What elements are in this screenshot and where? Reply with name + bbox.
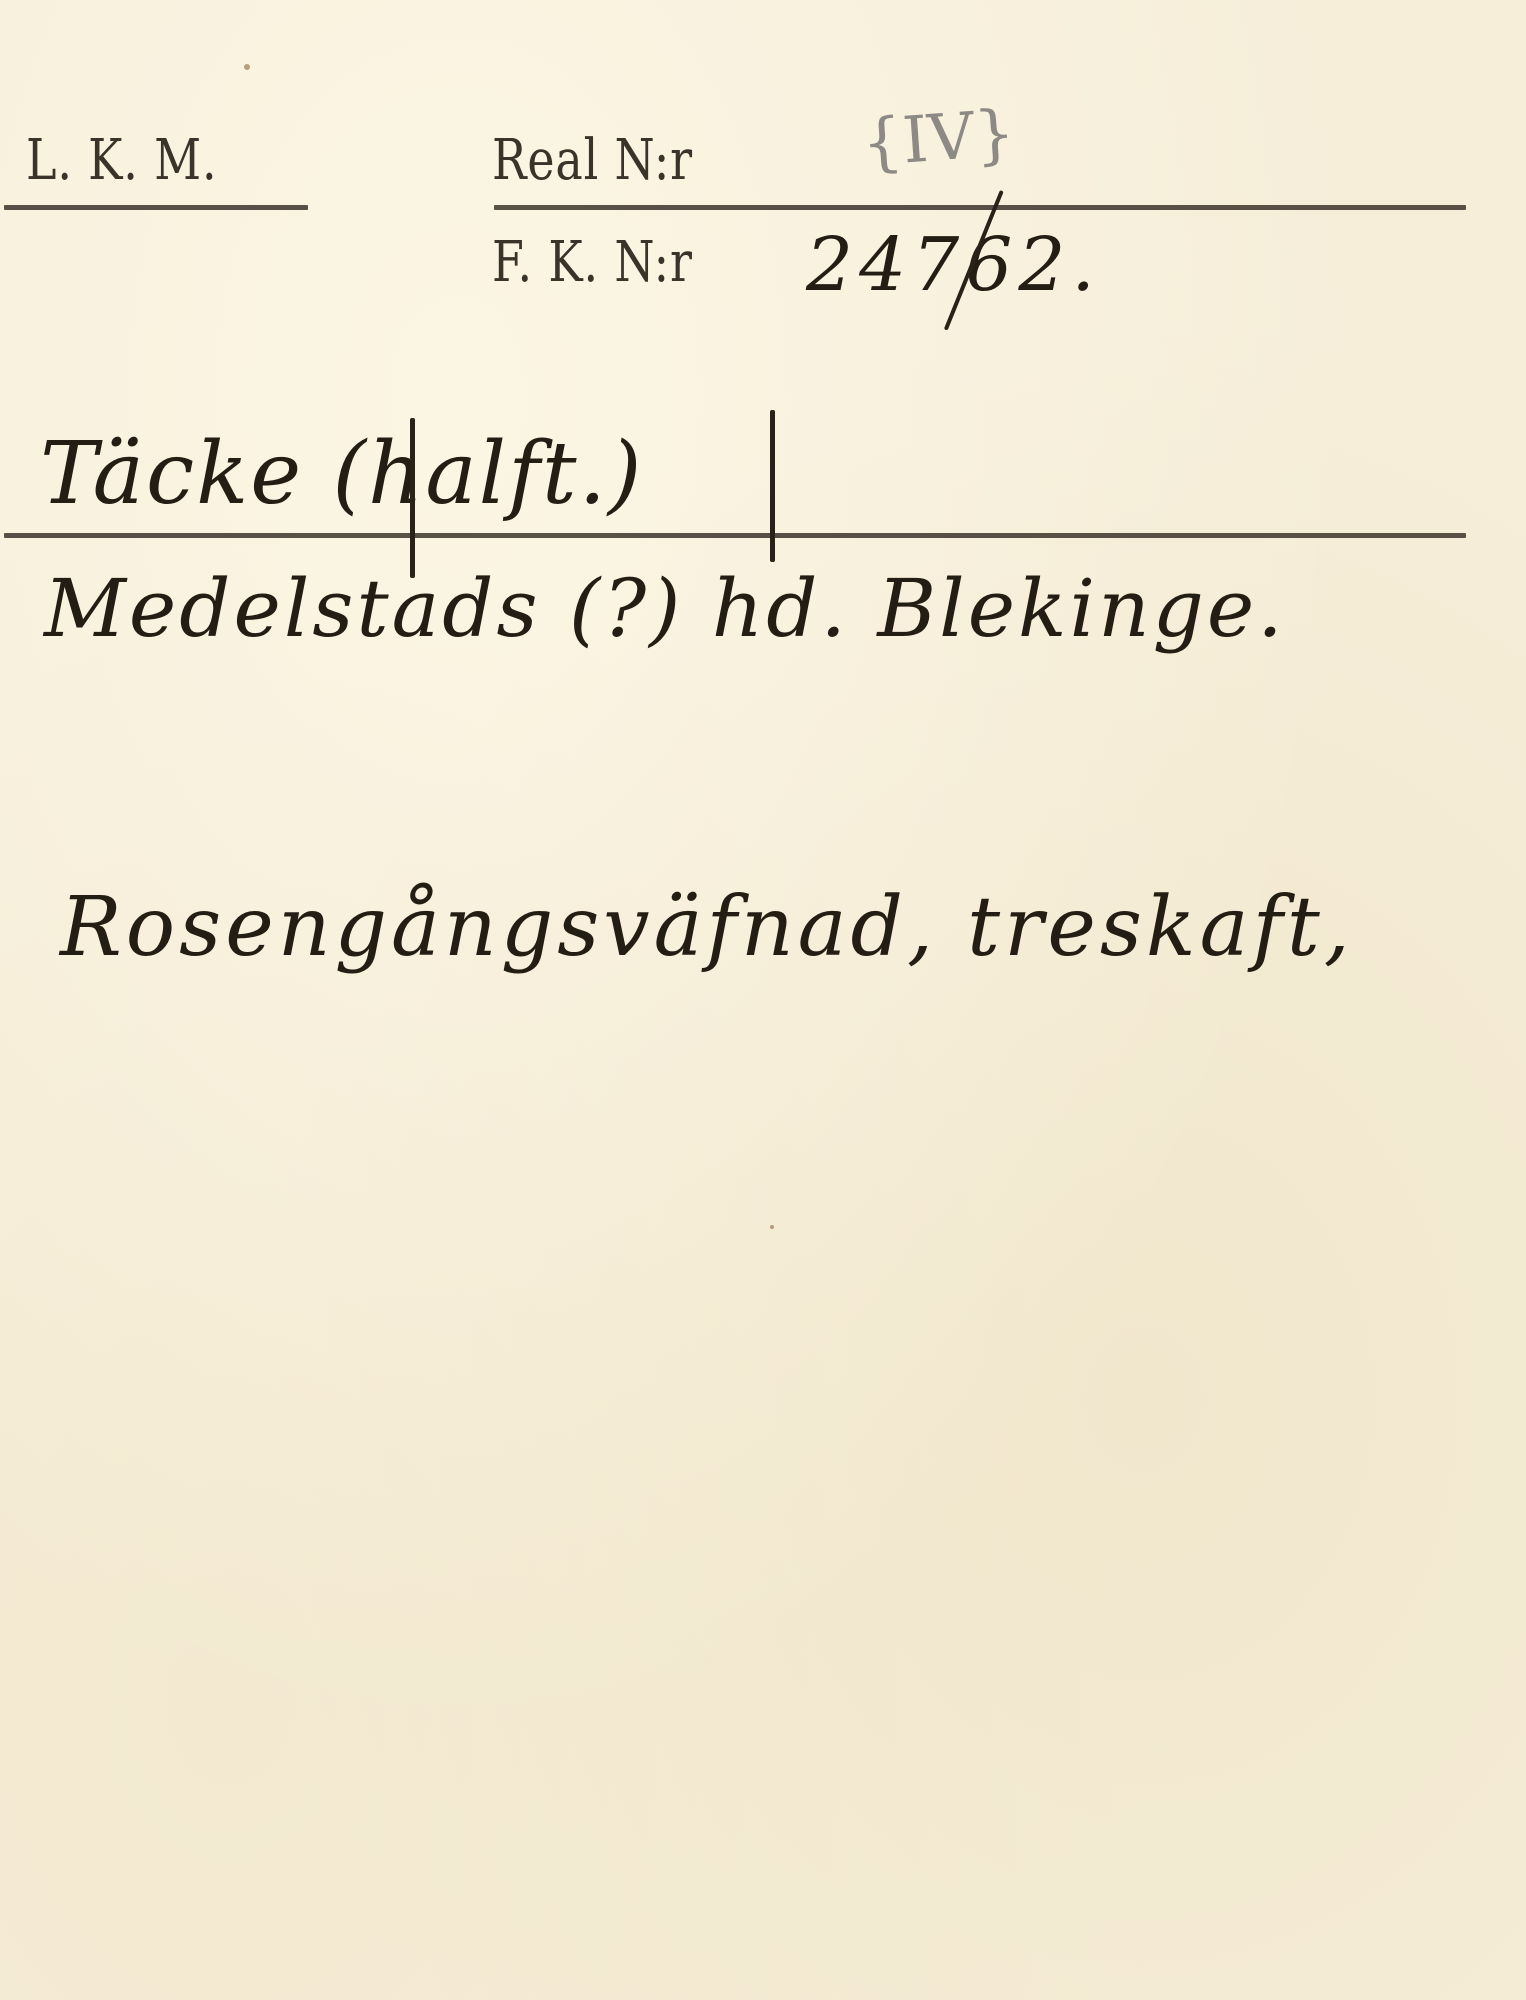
location: Medelstads (?) hd. Blekinge. bbox=[44, 562, 1286, 655]
paper-speck bbox=[770, 1225, 774, 1229]
real-number-pencil-value: {IV} bbox=[860, 97, 1018, 181]
collection-label: L. K. M. bbox=[26, 128, 217, 193]
index-card: L. K. M. Real N:r {IV} F. K. N:r 24762. … bbox=[0, 0, 1526, 2000]
fk-number-value: 24762. bbox=[806, 222, 1101, 308]
title-rule bbox=[4, 533, 1466, 538]
description: Rosengångsväfnad, treskaft, bbox=[60, 880, 1354, 975]
real-number-label: Real N:r bbox=[492, 128, 693, 193]
real-number-rule bbox=[494, 205, 1466, 210]
bracket-stroke-right bbox=[770, 410, 775, 562]
fk-number-label: F. K. N:r bbox=[492, 230, 693, 295]
object-title: Täcke (halft.) bbox=[40, 424, 643, 524]
collection-rule bbox=[4, 205, 308, 210]
bracket-stroke-left bbox=[410, 418, 415, 578]
paper-speck bbox=[244, 64, 250, 70]
